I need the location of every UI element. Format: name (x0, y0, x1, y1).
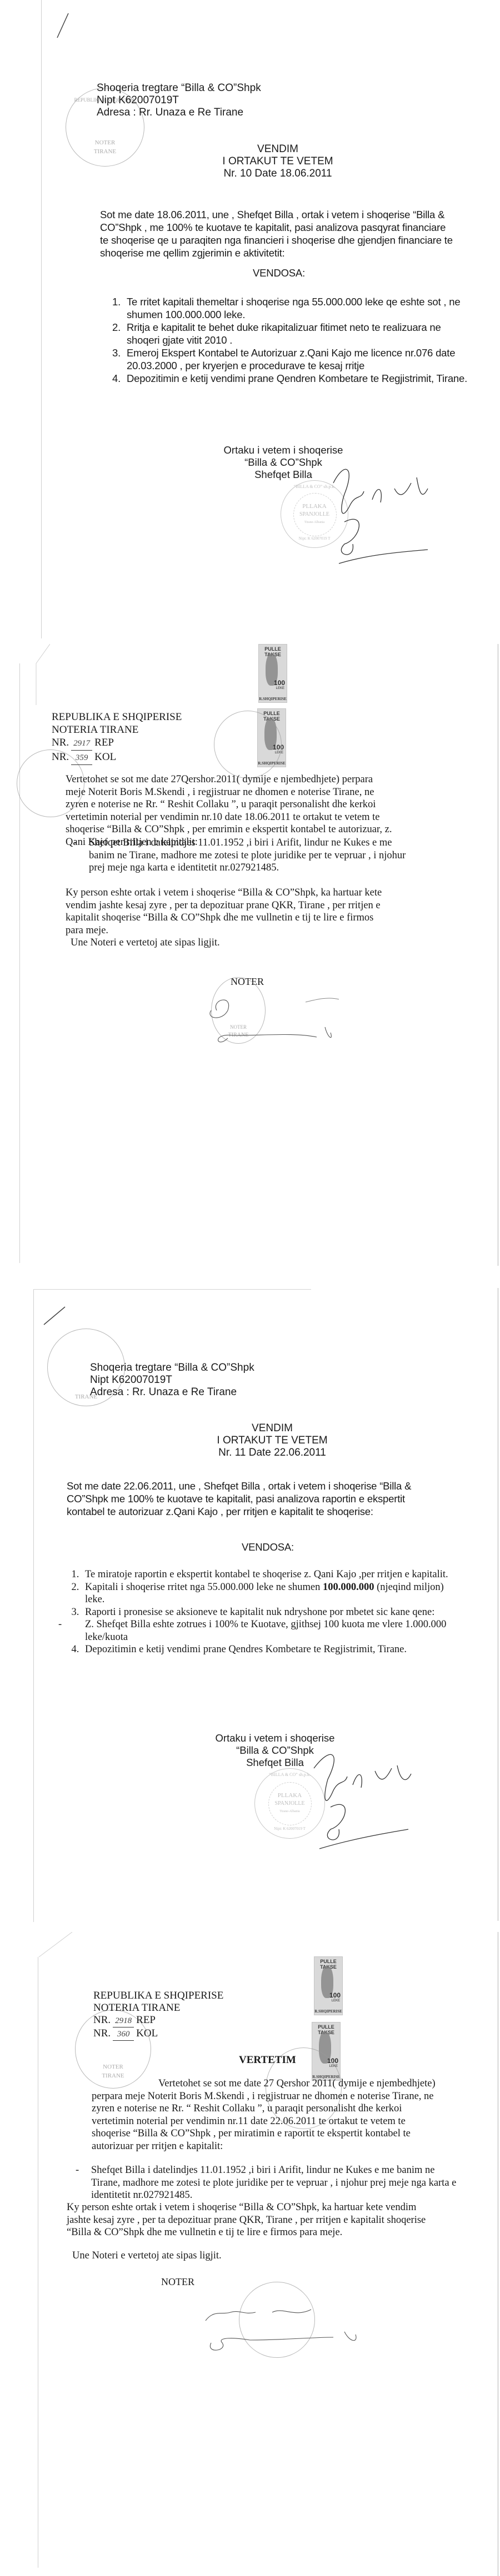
notary-seal (214, 711, 282, 778)
rep-number-line: NR.2918REP (93, 2014, 223, 2027)
decision-item: Depozitimin e ketij vendimi prane Qendre… (123, 372, 468, 385)
company-address: Adresa : Rr. Unaza e Re Tirane (97, 107, 261, 119)
signature-line-1: Ortaku i vetem i shoqerise (211, 444, 356, 456)
seal-text-bottom: TIRANE (66, 148, 144, 155)
page-edge (497, 1288, 499, 1921)
page-notary-11: PULLE TAKSE 100 LEKE R.SHQIPERISE PULLE … (0, 1932, 500, 2576)
page-top-edge (33, 1289, 311, 1290)
certification-heading: VERTETIM (239, 2054, 296, 2066)
title-line-2: I ORTAKUT TE VETEM (189, 1435, 356, 1447)
certification-paragraph-2: Ky person eshte ortak i vetem i shoqeris… (67, 2201, 442, 2239)
decision-item: Depozitimin e ketij vendimi prane Qendre… (82, 1643, 465, 1656)
certification-paragraph-2: Ky person eshte ortak i vetem i shoqeris… (66, 887, 393, 937)
decision-title: VENDIM I ORTAKUT TE VETEM Nr. 11 Date 22… (189, 1422, 356, 1459)
title-line-1: VENDIM (189, 1422, 356, 1435)
title-line-3: Nr. 10 Date 18.06.2011 (194, 168, 361, 180)
person-details: Shefqet Billa i datelindjes 11.01.1952 ,… (66, 837, 417, 874)
company-address: Adresa : Rr. Unaza e Re Tirane (90, 1386, 254, 1398)
decision-item: Rritja e kapitalit te behet duke rikapit… (123, 321, 468, 346)
decision-items: Te rritet kapitali themeltar i shoqerise… (100, 295, 468, 385)
company-header: Shoqeria tregtare “Billa & CO”Shpk Nipt … (97, 82, 261, 119)
page-edge (33, 1289, 34, 1922)
decision-intro: Sot me date 22.06.2011, une , Shefqet Bi… (67, 1480, 444, 1518)
person-item: Shefqet Billa i datelindjes 11.01.1952 ,… (89, 837, 417, 874)
rep-number: 2918 (113, 2015, 134, 2027)
page-fold-icon (36, 1932, 75, 1960)
seal-text-mid: NOTER (66, 139, 144, 146)
tax-stamp: PULLE TAKSE 100 LEKE R.SHQIPERISE (258, 644, 287, 703)
pen-mark-icon (42, 1305, 69, 1327)
company-name: Shoqeria tregtare “Billa & CO”Shpk (90, 1362, 254, 1374)
notary-country: REPUBLIKA E SHQIPERISE (52, 711, 182, 723)
page-fold-icon (17, 644, 50, 705)
certification-closing: Une Noteri e vertetoj ate sipas ligjit. (72, 2250, 222, 2262)
decision-title: VENDIM I ORTAKUT TE VETEM Nr. 10 Date 18… (194, 143, 361, 180)
rep-number: 2917 (71, 737, 92, 751)
decision-sub-item: -Z. Shefqet Billa eshte zotrues i 100% t… (85, 1618, 465, 1643)
pen-mark-icon (53, 11, 75, 39)
kol-number: 359 (71, 752, 92, 765)
page-edge (497, 644, 499, 1266)
tax-stamp: PULLE TAKSE 100 LEKE R.SHQIPERISE (314, 1956, 343, 2015)
title-line-2: I ORTAKUT TE VETEM (194, 155, 361, 168)
decision-intro: Sot me date 18.06.2011, une , Shefqet Bi… (100, 208, 456, 259)
decided-label: VENDOSA: (157, 1541, 379, 1553)
kol-number: 360 (113, 2028, 134, 2041)
page-edge (38, 1957, 38, 2568)
notary-label: NOTER (161, 2276, 194, 2288)
signature-line-1: Ortaku i vetem i shoqerise (203, 1732, 347, 1744)
signature-icon (297, 1746, 431, 1851)
decided-label: VENDOSA: (253, 266, 305, 279)
page-vendim-10: REPUBLIKA E SHQIPERISE NOTER TIRANE Shoq… (0, 0, 500, 638)
kol-number-line: NR.360KOL (93, 2027, 223, 2041)
title-line-1: VENDIM (194, 143, 361, 155)
decision-items: Te miratoje raportin e ekspertit kontabe… (58, 1568, 465, 1656)
notary-office: NOTERIA TIRANE (93, 2002, 223, 2014)
page-notary-10: PULLE TAKSE 100 LEKE R.SHQIPERISE PULLE … (0, 644, 500, 1271)
notary-office: NOTERIA TIRANE (52, 723, 182, 736)
page-edge (497, 1932, 499, 2576)
decision-item: Kapitali i shoqerise rritet nga 55.000.0… (82, 1581, 465, 1606)
page-vendim-11: TIRANE Shoqeria tregtare “Billa & CO”Shp… (0, 1288, 500, 1926)
notary-office-header: REPUBLIKA E SHQIPERISE NOTERIA TIRANE NR… (52, 711, 182, 765)
certification-paragraph: Vertetohet se sot me date 27 Qershor 201… (92, 2077, 439, 2152)
decision-item: Raporti i pronesise se aksioneve te kapi… (82, 1606, 465, 1644)
company-nipt: Nipt K62007019T (90, 1374, 254, 1386)
signature-icon (322, 461, 456, 566)
page-edge (19, 663, 20, 1263)
decision-item: Te rritet kapitali themeltar i shoqerise… (123, 295, 468, 321)
person-details: Shefqet Billa i datelindjes 11.01.1952 ,… (68, 2164, 463, 2202)
rep-number-line: NR.2917REP (52, 736, 182, 751)
company-nipt: Nipt K62007019T (97, 94, 261, 107)
notary-country: REPUBLIKA E SHQIPERISE (93, 1990, 223, 2002)
kol-number-line: NR.359KOL (52, 751, 182, 765)
person-item: Shefqet Billa i datelindjes 11.01.1952 ,… (91, 2164, 463, 2202)
decision-item: Emeroj Ekspert Kontabel te Autorizuar z.… (123, 346, 468, 372)
notary-office-header: REPUBLIKA E SHQIPERISE NOTERIA TIRANE NR… (93, 1990, 223, 2041)
notary-signature-icon (200, 2298, 372, 2359)
company-name: Shoqeria tregtare “Billa & CO”Shpk (97, 82, 261, 94)
page-edge (41, 0, 42, 638)
certification-closing: Une Noteri e vertetoj ate sipas ligjit. (71, 937, 220, 949)
decision-item: Te miratoje raportin e ekspertit kontabe… (82, 1568, 465, 1581)
notary-signature-icon (200, 988, 344, 1049)
title-line-3: Nr. 11 Date 22.06.2011 (189, 1447, 356, 1459)
company-header: Shoqeria tregtare “Billa & CO”Shpk Nipt … (90, 1362, 254, 1398)
